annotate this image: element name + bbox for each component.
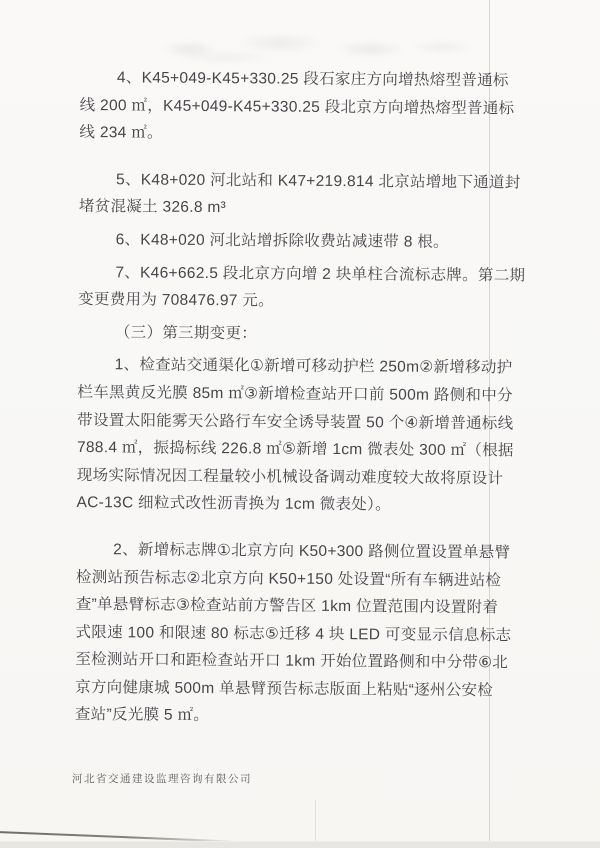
text-line: （三）第三期变更：: [78, 319, 518, 350]
text-line: 7、K46+662.5 段北京方向增 2 块单柱合流标志牌。第二期: [78, 259, 518, 290]
text-line: 至检测站开口和距检查站开口 1km 开始位置路侧和中分带⑥北: [75, 646, 515, 677]
text-line: 4、K45+049-K45+330.25 段石家庄方向增热熔型普通标: [80, 64, 520, 95]
text-line: 栏车黑黄反光膜 85m ㎡③新增检查站开口前 500m 路侧和中分: [77, 379, 517, 410]
text-line: 查站”反光膜 5 ㎡。: [75, 701, 515, 732]
paragraph: 6、K48+020 河北站增拆除收费站减速带 8 根。: [79, 226, 519, 257]
text-line: 堵贫混凝土 326.8 m³: [79, 193, 519, 224]
text-line: 带设置太阳能雾天公路行车安全诱导装置 50 个④新增普通标线: [77, 407, 517, 438]
paragraph: （三）第三期变更：: [78, 319, 518, 350]
paragraph: 4、K45+049-K45+330.25 段石家庄方向增热熔型普通标线 200 …: [79, 64, 520, 150]
text-line: 查”单悬臂标志③检查站前方警告区 1km 位置范围内设置附着: [76, 591, 516, 622]
text-line: 变更费用为 708476.97 元。: [78, 286, 518, 317]
text-line: 检测站预告标志②北京方向 K50+150 处设置“所有车辆进站检: [76, 563, 516, 594]
text-line: 1、检查站交通渠化①新增可移动护栏 250m②新增移动护: [78, 351, 518, 382]
paragraph: 1、检查站交通渠化①新增可移动护栏 250m②新增移动护栏车黑黄反光膜 85m …: [76, 351, 517, 520]
text-line: 5、K48+020 河北站和 K47+219.814 北京站增地下通道封: [79, 166, 519, 197]
scan-bottom-edge-band: [0, 841, 600, 848]
text-line: 6、K48+020 河北站增拆除收费站减速带 8 根。: [79, 226, 519, 257]
paragraph: 2、新增标志牌①北京方向 K50+300 路侧位置设置单悬臂检测站预告标志②北京…: [75, 536, 517, 733]
text-line: 现场实际情况因工程量较小机械设备调动难度较大故将原设计: [77, 462, 517, 493]
scanned-document-page: 4、K45+049-K45+330.25 段石家庄方向增热熔型普通标线 200 …: [0, 0, 600, 848]
document-body: 4、K45+049-K45+330.25 段石家庄方向增热熔型普通标线 200 …: [75, 64, 520, 732]
text-line: 线 200 ㎡，K45+049-K45+330.25 段北京方向增热熔型普通标: [80, 92, 520, 123]
text-line: 式限速 100 和限速 80 标志⑤迁移 4 块 LED 可变显示信息标志: [75, 619, 515, 650]
text-line: 788.4 ㎡，振捣标线 226.8 ㎡⑤新增 1cm 微表处 300 ㎡（根据: [77, 434, 517, 465]
text-line: 京方向健康城 500m 单悬臂预告标志版面上粘贴“逐州公安检: [75, 674, 515, 705]
text-line: AC-13C 细粒式改性沥青换为 1cm 微表处）。: [76, 489, 516, 520]
paragraph: 7、K46+662.5 段北京方向增 2 块单柱合流标志牌。第二期变更费用为 7…: [78, 259, 518, 318]
vertical-crease-line-short: [315, 800, 316, 843]
text-line: 2、新增标志牌①北京方向 K50+300 路侧位置设置单悬臂: [76, 536, 516, 567]
footer-company-name: 河北省交通建设监理咨询有限公司: [72, 771, 252, 786]
text-line: 线 234 ㎡。: [79, 119, 519, 150]
paragraph: 5、K48+020 河北站和 K47+219.814 北京站增地下通道封堵贫混凝…: [79, 166, 519, 225]
scan-showthrough-smudge: [118, 24, 478, 66]
